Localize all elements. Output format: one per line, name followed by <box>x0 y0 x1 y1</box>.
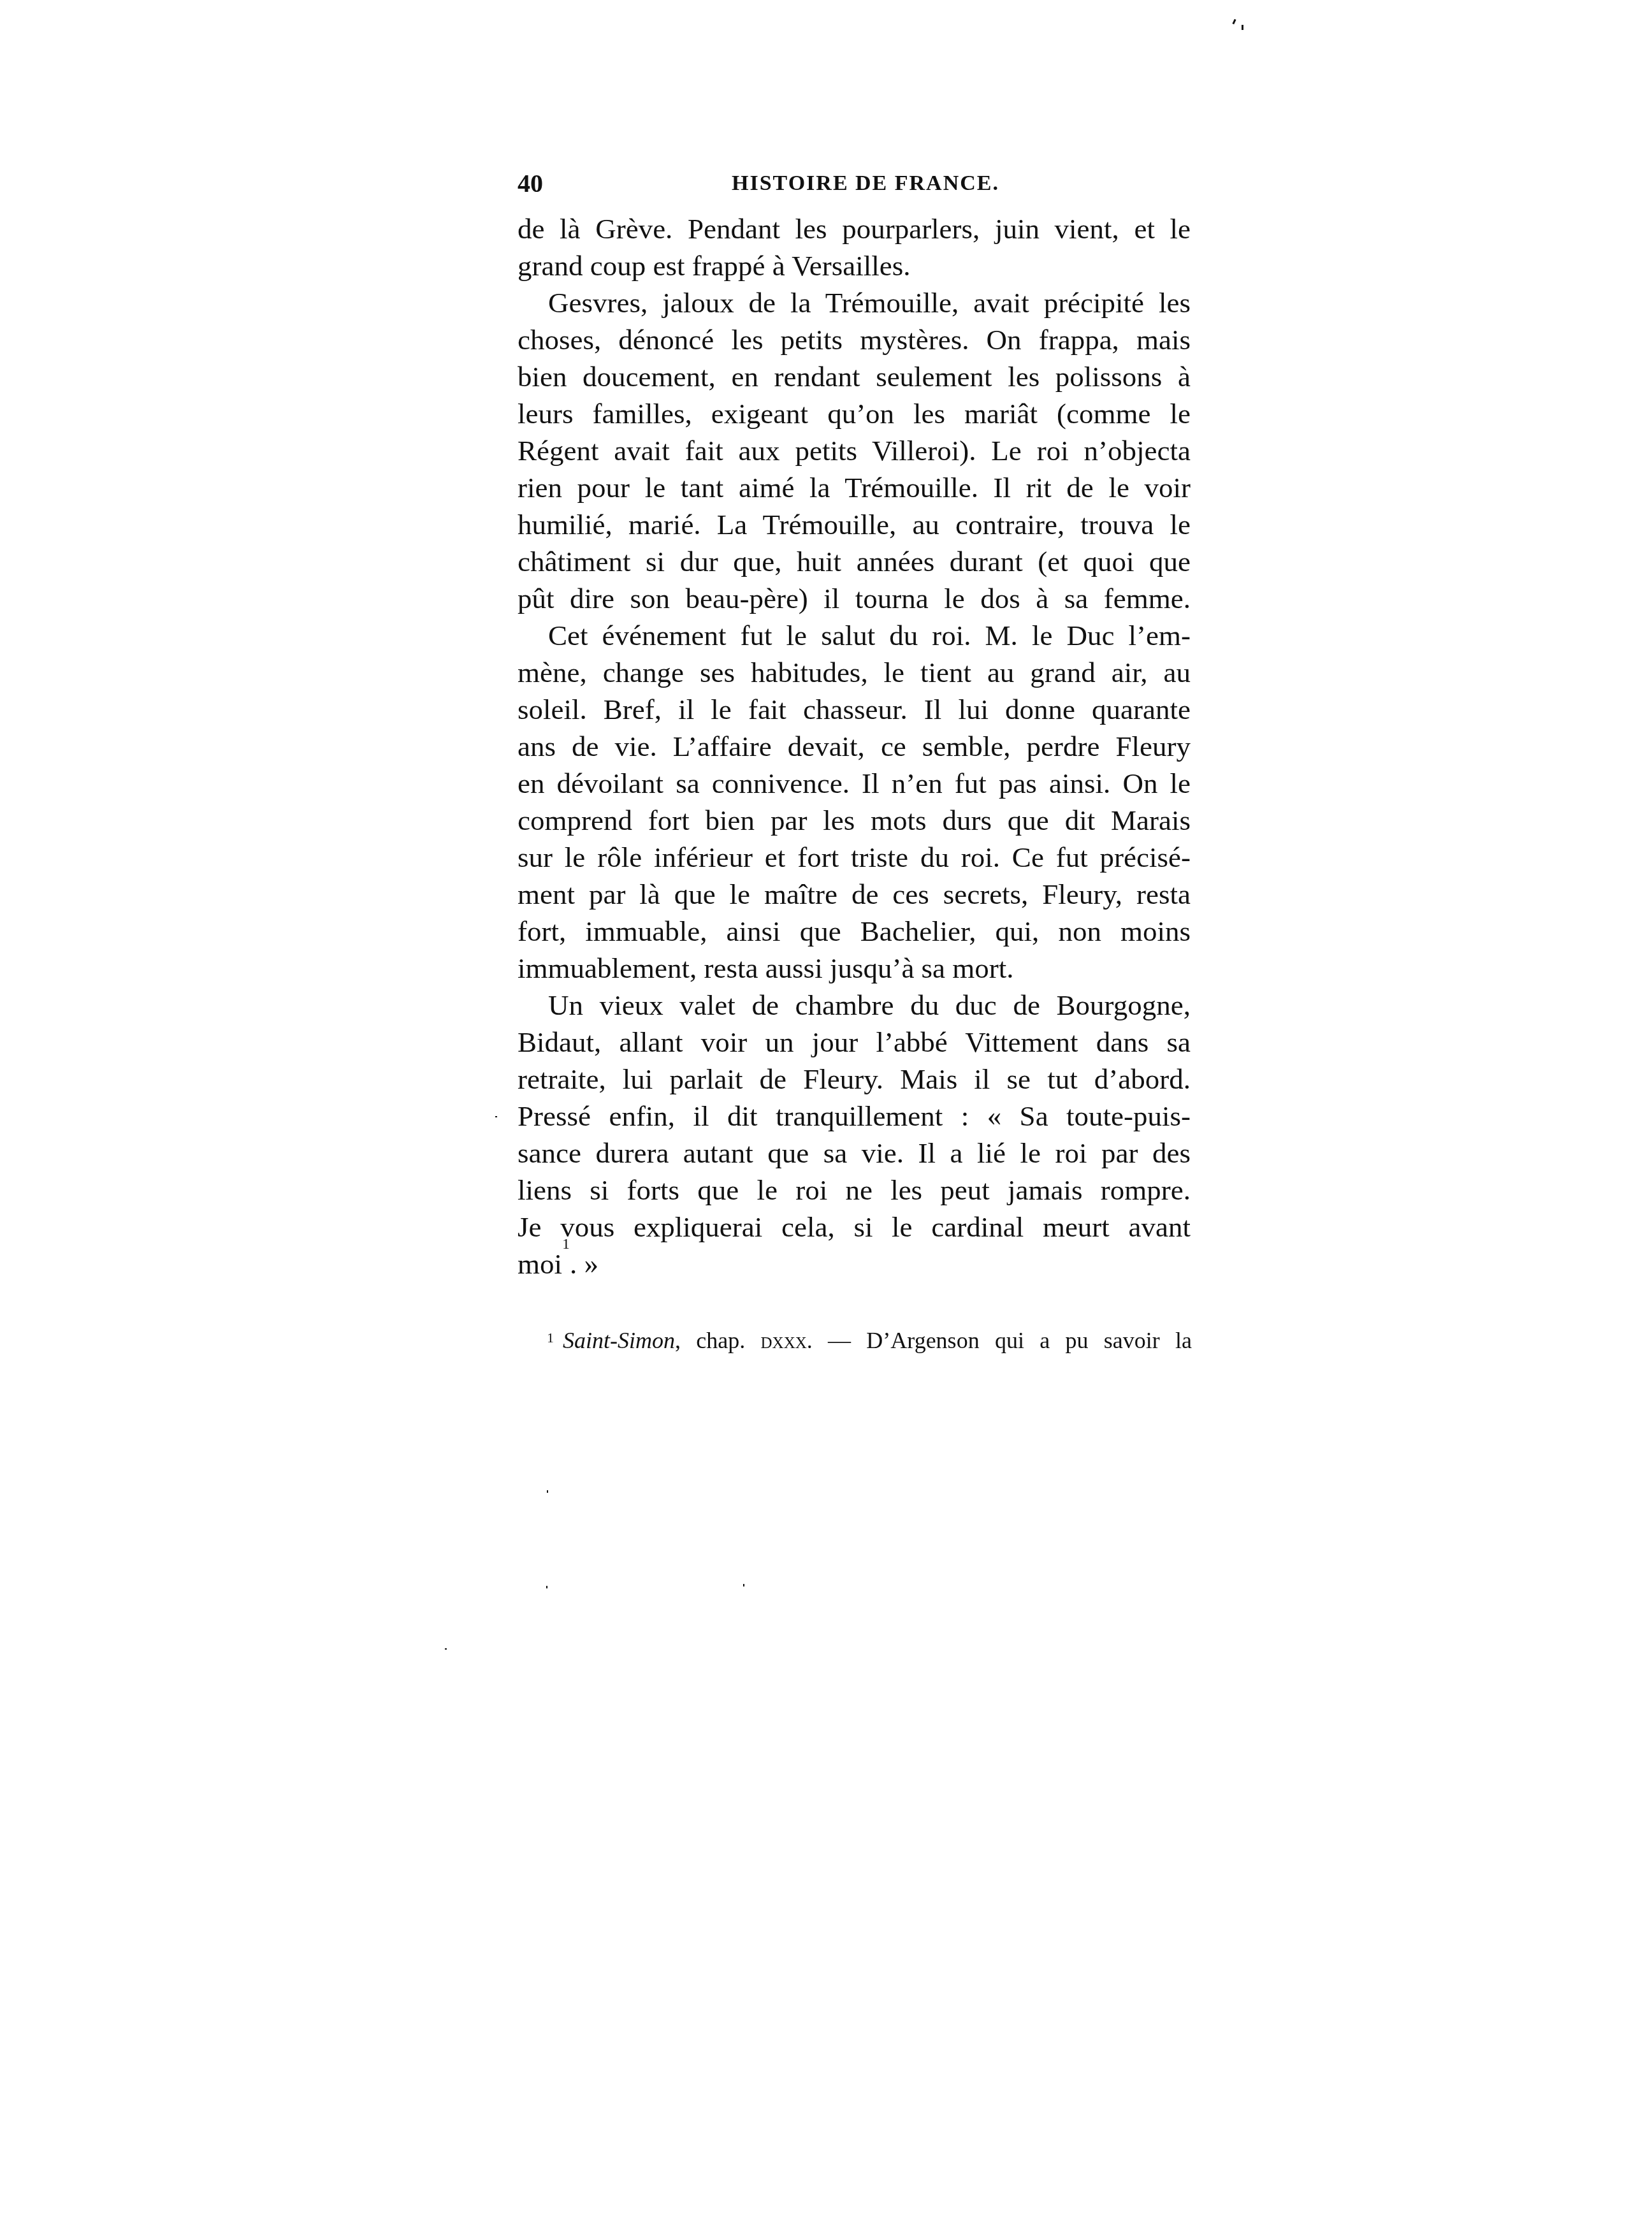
text-line: comprend fort bien par les mots durs que… <box>518 802 1191 839</box>
text-line: liens si forts que le roi ne les peut ja… <box>518 1172 1191 1209</box>
text-line: immuablement, resta aussi jusqu’à sa mor… <box>518 950 1191 987</box>
footnote-text: . — D’Argenson qui a pu savoir la <box>807 1328 1192 1353</box>
running-header: 40 HISTOIRE DE FRANCE. <box>518 170 1191 198</box>
text-line: fort, immuable, ainsi que Bachelier, qui… <box>518 913 1191 950</box>
text-line: sance durera autant que sa vie. Il a lié… <box>518 1135 1191 1172</box>
scan-speck <box>1232 19 1236 25</box>
text-line: rien pour le tant aimé la Trémouille. Il… <box>518 469 1191 506</box>
text-line: Bidaut, allant voir un jour l’abbé Vitte… <box>518 1024 1191 1061</box>
text-line: mène, change ses habitudes, le tient au … <box>518 654 1191 691</box>
footnote-reference[interactable]: 1 <box>562 1236 570 1252</box>
scan-speck <box>547 1490 548 1493</box>
text-line: Gesvres, jaloux de la Trémouille, avait … <box>548 284 1191 321</box>
footnote-marker: 1 <box>547 1330 554 1346</box>
footnote-source: Saint-Simon <box>563 1328 675 1353</box>
text-line: Un vieux valet de chambre du duc de Bour… <box>548 987 1191 1024</box>
footnote-chapter-prefix: , chap. <box>675 1328 761 1353</box>
text-line: Cet événement fut le salut du roi. M. le… <box>548 617 1191 654</box>
scan-speck <box>546 1586 547 1588</box>
text-line: châtiment si dur que, huit années durant… <box>518 543 1191 580</box>
scan-speck <box>743 1584 744 1586</box>
footnote: 1Saint-Simon, chap. dxxx. — D’Argenson q… <box>518 1326 1192 1355</box>
book-page: 40 HISTOIRE DE FRANCE. de là Grève. Pend… <box>0 0 1652 2236</box>
text-line: de là Grève. Pendant les pourparlers, ju… <box>518 210 1191 247</box>
text-line: grand coup est frappé à Versailles. <box>518 247 1191 284</box>
text-line: Je vous expliquerai cela, si le cardinal… <box>518 1209 1191 1245</box>
text-line: bien doucement, en rendant seulement les… <box>518 358 1191 395</box>
text-line: Régent avait fait aux petits Villeroi). … <box>518 432 1191 469</box>
scan-speck <box>1242 25 1243 30</box>
text-line: soleil. Bref, il le fait chasseur. Il lu… <box>518 691 1191 728</box>
scan-speck <box>495 1116 497 1117</box>
running-title: HISTOIRE DE FRANCE. <box>732 171 985 196</box>
text-line: leurs familles, exigeant qu’on les mariâ… <box>518 395 1191 432</box>
text-line: choses, dénoncé les petits mystères. On … <box>518 321 1191 358</box>
text-fragment: moi <box>518 1248 562 1280</box>
text-fragment: . » <box>570 1248 598 1280</box>
text-line: humilié, marié. La Trémouille, au contra… <box>518 506 1191 543</box>
scan-speck <box>445 1648 447 1650</box>
text-line: ment par là que le maître de ces secrets… <box>518 876 1191 913</box>
text-line: sur le rôle inférieur et fort triste du … <box>518 839 1191 876</box>
footnote-chapter: dxxx <box>761 1328 807 1353</box>
page-number: 40 <box>518 170 543 198</box>
text-line: ans de vie. L’affaire devait, ce semble,… <box>518 728 1191 765</box>
text-line: retraite, lui parlait de Fleury. Mais il… <box>518 1061 1191 1098</box>
text-line: en dévoilant sa connivence. Il n’en fut … <box>518 765 1191 802</box>
text-line: Pressé enfin, il dit tranquillement : « … <box>518 1098 1191 1135</box>
text-line: moi1. » <box>518 1245 1191 1282</box>
text-line: pût dire son beau-père) il tourna le dos… <box>518 580 1191 617</box>
